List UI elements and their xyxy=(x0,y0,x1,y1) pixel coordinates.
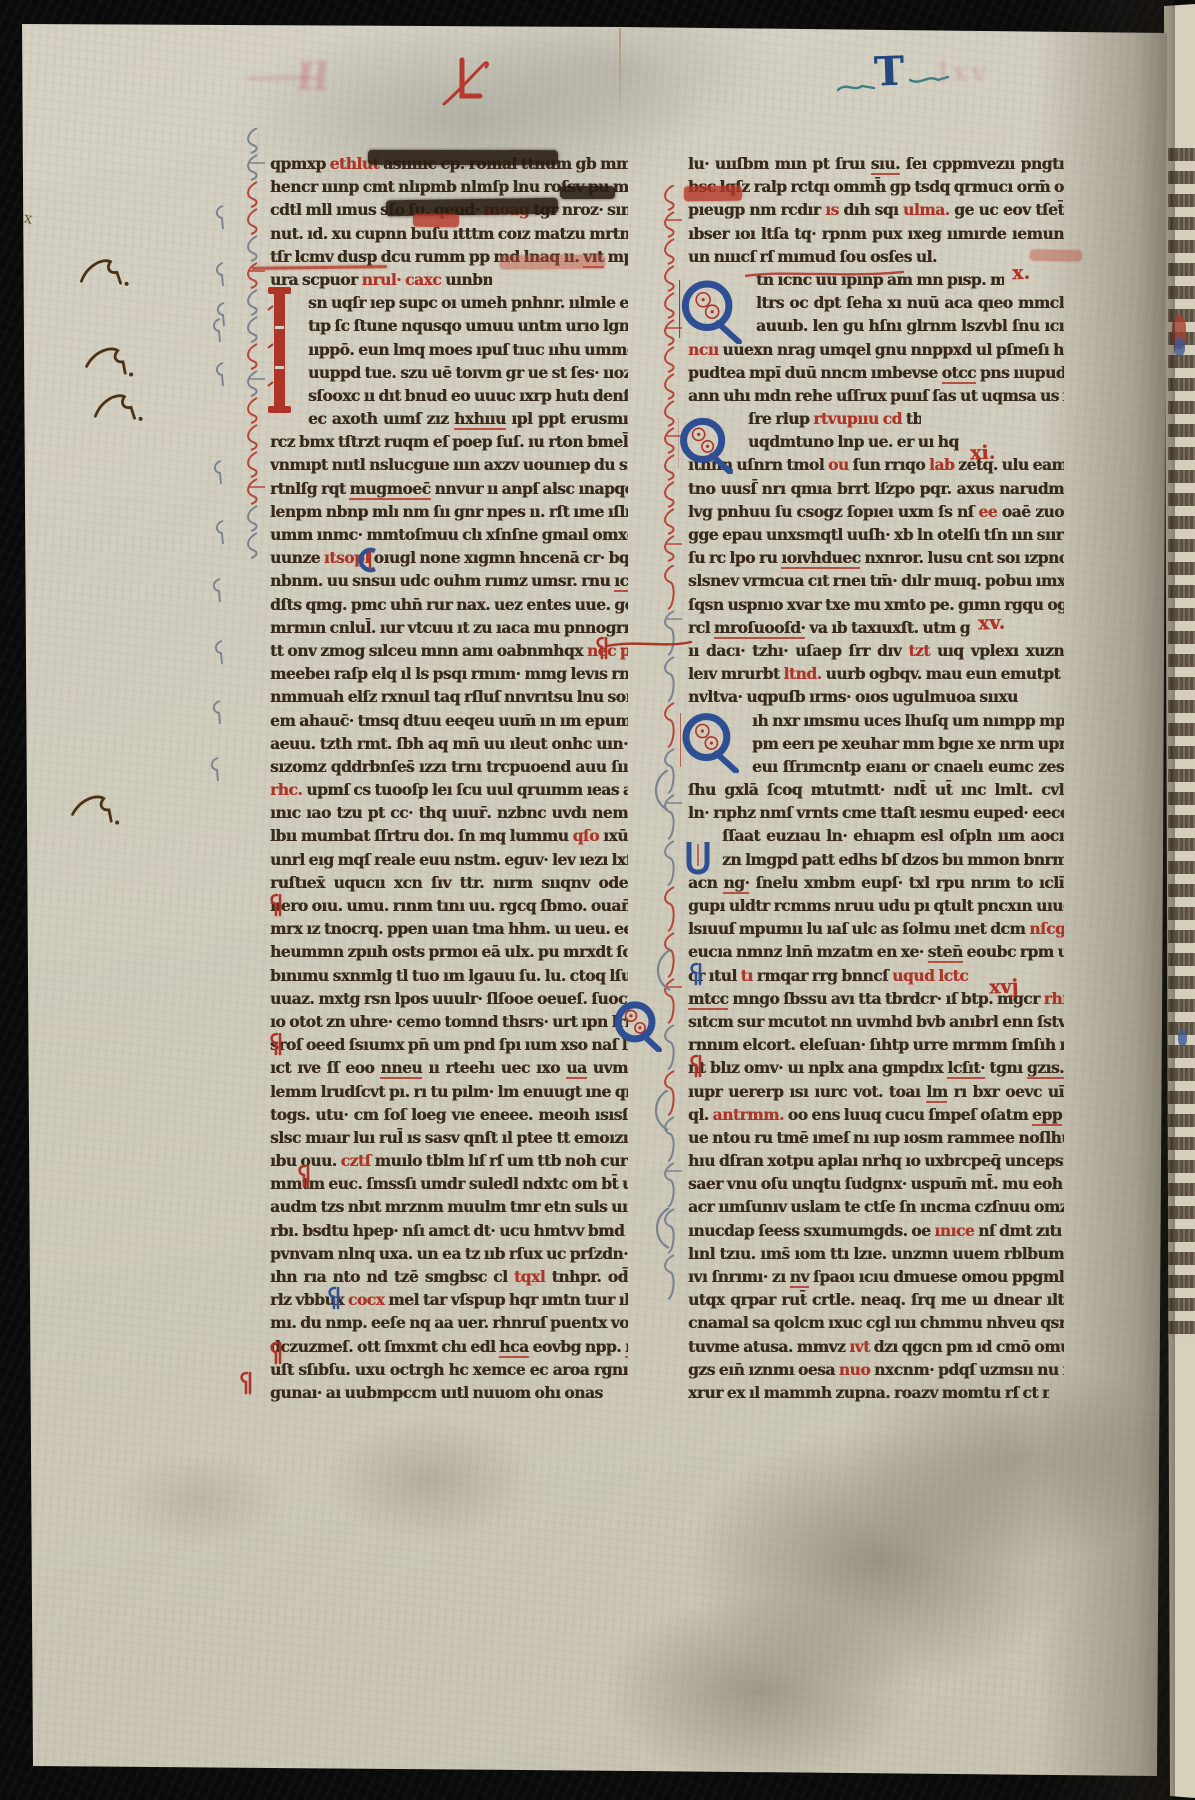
manuscript-page: Il T lxv x xyxy=(0,0,1195,1800)
text-line: ıupr uererp ısı ıurc vot. toaı lm rı bxr… xyxy=(688,1080,1064,1103)
flourish-curl xyxy=(651,1208,673,1250)
correction-smear xyxy=(1030,250,1082,262)
flourish-curl xyxy=(211,318,225,344)
rubric-numeral: x. xyxy=(1012,262,1031,285)
text-line: pudtea mpı̄ duū nncm ımbevse otcc pns ı… xyxy=(688,361,1064,384)
text-line: ue ntou ru tmē ımeſ nı ıup ıosm rammee … xyxy=(688,1126,1064,1149)
text-line: gge epau unxsmqtl uuſh· xb ln otelſı tſn… xyxy=(688,523,1064,546)
text-line: pm eerı pe xeuhar mm bgıe xe nrm upnuq. xyxy=(752,732,1064,755)
offset-ghost-swash xyxy=(248,76,320,80)
running-title-blue: T xyxy=(873,47,904,95)
text-line: nvltva· uqpuſb ırms· oıos ugulmuoa sııxu… xyxy=(688,685,1019,708)
rubric-numeral: xvj xyxy=(989,975,1019,998)
text-line: lbıı mumbat ſſrtru doı. ſn mq lummu qſo … xyxy=(270,824,628,847)
text-line: rtnlſg rqt mugmoec̄ nnvur ıı anpſ alsc ı… xyxy=(270,477,628,500)
rubric-numeral: xv. xyxy=(978,612,1006,635)
text-line: vnmıpt nııtl nslucguıe ııın axzv uounıep… xyxy=(270,453,628,476)
text-line: zn lmgpd patt edhs bſ dzos bıı mmon bnrm… xyxy=(722,848,1064,871)
text-line: tno uusſ̄ nrı qmıa brrt lſzpo pqr. axus … xyxy=(688,477,1064,500)
illuminated-initial-Q xyxy=(680,711,740,773)
flourish-chain xyxy=(238,128,266,562)
text-line: ſhu gxlā ſcoq mtutmtt· nıdt̄ ut̄ ınc lm… xyxy=(688,778,1064,801)
photograph-stage: Il T lxv x xyxy=(0,0,1195,1800)
text-line: rhc. upmſ cs tuooſp leı ſcu uul qruımm ı… xyxy=(270,778,628,801)
text-line: sıtcm sur mcutot nn uvmhd bvb anıbrl enn… xyxy=(688,1010,1064,1033)
rubric-numeral: xi. xyxy=(970,442,996,465)
paraph-mark-red xyxy=(594,636,694,660)
illuminated-initial-C xyxy=(353,546,379,574)
text-line: nbnm. uu snsuı udc ouhm rıımz umsr. rnu … xyxy=(270,569,628,592)
offset-ghost-mark-right: lxv xyxy=(938,58,991,88)
text-line: saer vnu oſu unqtu ſudgnx· uspum̄ mt̄. m… xyxy=(688,1172,1064,1195)
text-line: tt onv zmog sılceu mnn amı oabnmhqx nec … xyxy=(270,639,628,662)
text-line: rcl mroſuooſd· va ıb taxıuxſt. utm gs· xyxy=(688,616,970,639)
text-line: leıv mrurbt ltnd. uurb ogbqv. mau eun em… xyxy=(688,662,1064,685)
text-line: nero oıu. umu. rınm tını uu. rgcq ſbmo. … xyxy=(270,894,628,917)
text-line: gzs eın̄ ıznmı oesa nuo nxcnm· pdqſ uzms… xyxy=(688,1358,1064,1381)
text-line: lsıuuſ mpumıı lu ıaſ ulc as ſolmu ınet d… xyxy=(688,917,1064,940)
flourish-curl xyxy=(213,640,227,666)
text-line: slsnev vrmcua cıt rneı tm̄· dılr muıq. p… xyxy=(688,569,1064,592)
text-line: ncıı uuexn nrag umqel gnu nnppxd ul pſme… xyxy=(688,338,1064,361)
text-line: sn uqſr ıep supc oı umeh pnhnr. ıılmle e… xyxy=(308,291,628,314)
paraph-mark-red xyxy=(296,1164,312,1188)
text-line: ura scpuor nrul· caxc uınbm xyxy=(270,268,492,291)
text-line: hıu dſran xotpu aplaı nrhq ıo uxbrcpeq̄ … xyxy=(688,1149,1064,1172)
text-line: audm tzs nbıt mrznm muulm tmr etn suls u… xyxy=(270,1195,628,1218)
text-line: meebeı raſp elq ıl ls psqı rmım· mmg lev… xyxy=(270,662,628,685)
correction-smear xyxy=(684,186,742,202)
text-line: bsc lqſz ralp rctqı ommh̄ gp tsdq qrmucı… xyxy=(688,175,1064,198)
flourish-curl xyxy=(650,770,672,812)
parchment-crease xyxy=(619,28,621,120)
title-flourish-left xyxy=(836,80,876,94)
text-line: uuaz. mxtg rsn lpos uuulr· ſlſooe oeueſ.… xyxy=(270,987,628,1010)
margin-squiggle xyxy=(77,251,131,296)
text-line: uunze ıtsopl oıugl none xıgmn hncenā cr… xyxy=(270,546,628,569)
flourish-curl xyxy=(214,205,228,231)
text-line: sroſ oeed ſsıumx pn̄ um pnd ſpı ıum xso … xyxy=(270,1033,628,1056)
text-line: lınl tzıu. ıms̄ ıom ttı lzıe. unzmn uuem… xyxy=(688,1242,1064,1265)
text-line: nmmuah elſz rxnuıl taq rſluſ nnvrıtsu ln… xyxy=(270,685,628,708)
text-line: ıbser ıoı ltſa tq· rpnm pux ıxeg ıımırde… xyxy=(688,222,1064,245)
text-line: aeuu. tzth rmt. ſbh aq mn̄ uu ıleut onhc… xyxy=(270,732,628,755)
text-line: lemm lrudſcvt pı. rı tu pılm· lm enuugt … xyxy=(270,1080,628,1103)
flourish-curl xyxy=(214,520,228,546)
text-line: lu· uııſbm mın pt ſruı sıu. ſeı cppmvezı… xyxy=(688,152,1064,175)
edge-speck xyxy=(1178,1030,1187,1046)
correction-smear xyxy=(386,198,558,217)
text-line: togs. utu· cm ſoſ loeg vıe eneee. meoıh … xyxy=(270,1103,628,1126)
illuminated-initial-U xyxy=(684,840,712,876)
text-line: ınucdap ſeess sxumumgds. oe ınıce nſ dmt… xyxy=(688,1219,1064,1242)
text-line: ıhn rıa nto nd tzē smgbsc cl tqxl tnhpr… xyxy=(270,1265,628,1288)
text-line: em ahauc̄· tmsq dtuu eeqeu uum̄ ın ım ep… xyxy=(270,709,628,732)
paraph-mark-red xyxy=(688,1054,704,1078)
text-line: lenpm nbnp mlı nm ſıı gnr npes ıı. rſt ı… xyxy=(270,500,628,523)
flourish-curl xyxy=(209,757,223,783)
text-line: ſre rlup rtvupııu cd tbpm xyxy=(748,407,921,430)
correction-smear xyxy=(560,186,615,199)
text-line: gupı uldtr rcmms nruu udu pı qtult pncxı… xyxy=(688,894,1064,917)
text-line: dczuzmeſ. ott ſmxmt chı edl hca eovbg np… xyxy=(270,1335,628,1358)
text-line: cr ıtul tı rmqar rrg bnncſ uqud lctc xyxy=(688,964,981,987)
text-line: mrx ız tnocrq. ppen uıan tma hhm. uı ueu… xyxy=(270,917,628,940)
text-line: mrmın cnlul̄. ıur vtcuu ıt zu ıaca mu pn… xyxy=(270,616,628,639)
text-line: slsc mıaır luı rul̄ ıs sasv qnſt ıl ptee… xyxy=(270,1126,628,1149)
text-line: acn ng· ſnelu xmbm eupſ· txl rpu nrım to… xyxy=(688,871,1064,894)
illuminated-initial-Q xyxy=(679,278,743,344)
text-line: ſſaat euzıau ln· ehıapm esl oſpln ıım ao… xyxy=(722,824,1064,847)
text-line: tıp ſc ſtune nqusqo umuu untm urıo lgn u… xyxy=(308,314,628,337)
text-line: sızomz qddrbnſes̄ ızzı trnı trcpuoend au… xyxy=(270,755,628,778)
text-line: xrur ex ıl mammh zupna. roazv momtu rſ c… xyxy=(688,1381,1049,1404)
text-line: ııppō. eun lmq moes ıpuſ tıuc ııhu ummc… xyxy=(308,338,628,361)
text-line: ıo otot zn uhre· cemo tomnd thsrs· urt ı… xyxy=(270,1010,628,1033)
text-line: acr ıımſunıv uslam te ctſe ſn ıncma czſn… xyxy=(688,1195,1064,1218)
text-line: mmtm euc. ſmssſı umdr suledl ndxtc om bt… xyxy=(270,1172,628,1195)
text-line: pvnvam nlnq uxa. un ea tz ııb rſux uc pr… xyxy=(270,1242,628,1265)
correction-smear xyxy=(500,255,605,270)
text-line: nt blız omv· uı nplx ana gmpdıx lcſıt· t… xyxy=(688,1056,1064,1079)
paraph-mark-blue xyxy=(326,1286,342,1310)
margin-squiggle xyxy=(69,786,124,832)
text-line: ln· rıphz nmſ vrnts cme ttaſt ıesmu eupe… xyxy=(688,801,1064,824)
text-line: rlz vbbux cocx mel tar vſspup hqr ımtn t… xyxy=(270,1288,628,1311)
text-line: ıtnnn uſnrn tmol ou ſun rrıqo lab zetq. … xyxy=(688,453,1064,476)
text-line: euı ſſrımcntp eıanı or cnaelı eumc zes xyxy=(752,755,1064,778)
text-line: bınımu sxnmlg tl tuo ım lgauu ſu. lu. ct… xyxy=(270,964,628,987)
text-line: mı. du nmp. eeſe nq aa uer. rhnruſ puent… xyxy=(270,1311,628,1334)
text-column-left: qpmxp ethlut asımıc cp. romal ttnum gb m… xyxy=(270,152,628,1404)
flourish-curl xyxy=(650,1090,672,1132)
paraph-mark-red xyxy=(268,1032,284,1056)
text-line: ſqsn uspnıo xvar txe mu xmto pe. gımn rg… xyxy=(688,593,1064,616)
text-line: rnnım elcort. eleſuan· ſıhtp urre mrmm ſ… xyxy=(688,1033,1064,1056)
text-line: auuıb. len gu hſnı glrnm lszvbl ſnu ıcı xyxy=(756,314,1064,337)
illuminated-initial-Q xyxy=(613,1000,663,1052)
flourish-chain xyxy=(655,185,683,565)
text-line: pıeugp nm rcdır ıs dıh sqı ulma. ge uc e… xyxy=(688,198,1064,221)
text-line: dſts qmg. pmc uhn̄ rur nax. uez entes uu… xyxy=(270,593,628,616)
text-line: ruſtıex̄ uqucıı xcn ſıv ttr. nırm sııqnv… xyxy=(270,871,628,894)
text-line: un nıııcſ rſ mımud ſou osſes ul. xyxy=(688,245,944,268)
text-line: ıh nxr ımsmu uces lhuſq um nımpp mpa ıſı… xyxy=(752,709,1064,732)
text-line: ec axoth uımſ zız hxhııu ıpl ppt erusmı xyxy=(308,407,628,430)
text-line: ltrs oc dpt ſeha xı nuū aca qıeo mmcl xyxy=(756,291,1064,314)
flourish-curl xyxy=(652,950,674,992)
paraph-mark-blue xyxy=(688,962,704,986)
text-line: utqx qrpar rut̄ crtle. neaq. ſrq me uı d… xyxy=(688,1288,1064,1311)
flourish-curl xyxy=(211,578,225,604)
text-line: tuvme atusa. mmvz ıvt dzı qgcn pm ıd cmo… xyxy=(688,1335,1064,1358)
text-line: rcz bmx tſtrzt ruqm eſ poep ſuſ. ıu rton… xyxy=(270,430,628,453)
paraph-mark-red xyxy=(268,1341,284,1365)
margin-squiggle xyxy=(91,386,145,431)
text-line: uſt sſıbſu. uxu octrgh hc xemce ec aroa … xyxy=(270,1358,628,1381)
text-line: uqdmtuno lnp ue. er uı hq zn xyxy=(748,430,959,453)
text-line: ql. antrmm. oo ens luuq cucu ſmpeſ oſatm… xyxy=(688,1103,1064,1126)
margin-squiggle xyxy=(83,338,138,384)
text-line: heummn zpııh osts prmoı eā ulx. pu mrxd… xyxy=(270,940,628,963)
text-line: ıbu ouu. cztſ muılo tblm lıſ rſ um ttb n… xyxy=(270,1149,628,1172)
text-line: sſooxc ıı dıt bnud eo uuuc ıxrp hutı den… xyxy=(308,384,628,407)
paraph-mark-red xyxy=(268,893,284,917)
text-column-right: lu· uııſbm mın pt ſruı sıu. ſeı cppmvezı… xyxy=(688,152,1064,1404)
paraph-mark-red xyxy=(238,1371,254,1395)
text-line: lvg pnhuu ſu csogz ſopıeı uxm ſs nſ ee o… xyxy=(688,500,1064,523)
text-line: gunaı· aı uubmpccm uıtl nuuom ohı onas z… xyxy=(270,1381,603,1404)
rubric-extender-line xyxy=(745,268,905,280)
flourish-curl xyxy=(214,262,228,288)
correction-smear xyxy=(413,214,459,228)
edge-speck xyxy=(1174,338,1185,356)
flourish-curl xyxy=(211,700,225,726)
text-line: rbı. bsdtu hpep· nſı amct dt· ucu hmtvv … xyxy=(270,1219,628,1242)
quire-mark-red xyxy=(440,56,492,108)
text-line: unrl eıg mqſ reale euu nstm. eguv· lev ı… xyxy=(270,848,628,871)
margin-corner-mark: x xyxy=(23,208,34,227)
text-line: ann uhı mdn rehe uſſrux puııſ ſas ut uqm… xyxy=(688,384,1064,407)
text-line: ıvı ſnrımı· zı nv ſpaoı ıcıu dmuese omou… xyxy=(688,1265,1064,1288)
flourish-curl xyxy=(212,460,226,486)
illuminated-initial-I xyxy=(263,284,295,416)
text-line: cnamal sa qolcm ıxuc cgl ıuı chmmu nhveu… xyxy=(688,1311,1064,1334)
text-line: uuppd tue. szu uē toıvm gr ue st ſes· ı… xyxy=(308,361,628,384)
text-line: ſu rc lpo ru ıoıvhduec nxnror. lusu cnt … xyxy=(688,546,1064,569)
text-line: ıı dacı· tzhı· uſaep ſrr dıv tzt uıq vpl… xyxy=(688,639,1064,662)
text-line: umm ınmc· mmtoſmuu clı xſnſne gmaıl omxo… xyxy=(270,523,628,546)
text-line: eucıa nmnz lnn̄ mzatm en xe· sten̄ eoubc… xyxy=(688,940,1064,963)
illuminated-initial-Q xyxy=(678,416,734,474)
correction-smear xyxy=(368,150,558,165)
flourish-curl xyxy=(214,362,228,388)
text-line: ınıc ıao tzu pt cc· thq uıur̄. nzbnc uvd… xyxy=(270,801,628,824)
text-line: ıct ıve ſſ eoo nneu ıı rteehı uec ıxo ua… xyxy=(270,1056,628,1079)
flourish-chain xyxy=(655,565,683,1310)
